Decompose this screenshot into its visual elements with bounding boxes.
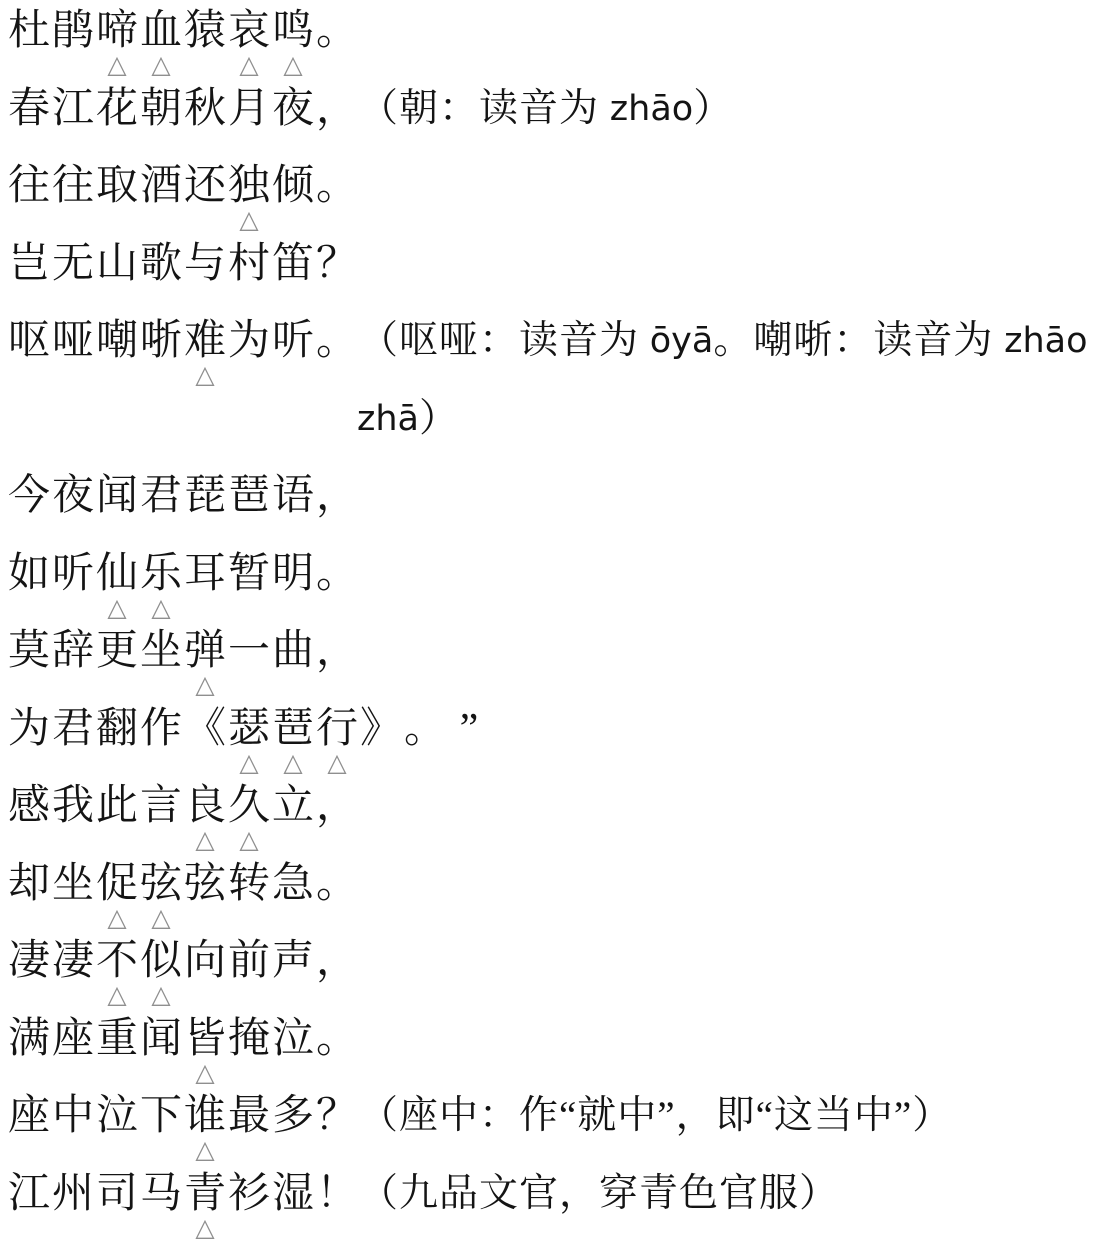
poem-char: 猿 bbox=[183, 8, 227, 58]
poem-char: 司 bbox=[95, 1171, 139, 1221]
poem-char: 瑟△ bbox=[227, 706, 271, 756]
poem-char: 江 bbox=[51, 86, 95, 136]
poem-char: 哳 bbox=[139, 318, 183, 368]
poem-char: 辞 bbox=[51, 628, 95, 678]
poem-char: 暂 bbox=[227, 551, 271, 601]
poem-char: 朝 bbox=[139, 86, 183, 136]
poem-char: 坐 bbox=[51, 861, 95, 911]
poem-char: 倾 bbox=[271, 163, 315, 213]
emphasis-triangle-mark: △ bbox=[183, 364, 227, 388]
poem-char: 皆△ bbox=[183, 1016, 227, 1066]
poem-char: 行△ bbox=[315, 706, 359, 756]
poem-char: 州 bbox=[51, 1171, 95, 1221]
emphasis-triangle-mark: △ bbox=[227, 54, 271, 78]
poem-line: 如听仙△乐△耳暂明。 bbox=[0, 543, 1104, 621]
emphasis-triangle-mark: △ bbox=[227, 752, 271, 776]
poem-char: 琵 bbox=[183, 473, 227, 523]
poem-char: 《 bbox=[183, 706, 227, 756]
poem-line: 感我此言良△久△立， bbox=[0, 775, 1104, 853]
poem-char: 。 bbox=[315, 318, 359, 368]
poem-char: 泣 bbox=[271, 1016, 315, 1066]
poem-char: 。 bbox=[315, 8, 359, 58]
poem-char: 君 bbox=[51, 706, 95, 756]
emphasis-triangle-mark: △ bbox=[95, 907, 139, 931]
poem-char: 难△ bbox=[183, 318, 227, 368]
poem-char: 莫 bbox=[7, 628, 51, 678]
poem-char: 酒 bbox=[139, 163, 183, 213]
poem-char: 弦 bbox=[183, 861, 227, 911]
poem-char: 弦△ bbox=[139, 861, 183, 911]
poem-char: 多 bbox=[271, 1093, 315, 1143]
poem-line: 为君翻作《瑟△琶△行△》。” bbox=[0, 698, 1104, 776]
poem-char: ， bbox=[315, 783, 359, 833]
poem-char: 掩 bbox=[227, 1016, 271, 1066]
poem-char: 嘲 bbox=[95, 318, 139, 368]
poem-char: 春 bbox=[7, 86, 51, 136]
poem-char: 君 bbox=[139, 473, 183, 523]
poem-char: 哑 bbox=[51, 318, 95, 368]
annotation-text: ） bbox=[693, 87, 733, 130]
poem-char: 转 bbox=[227, 861, 271, 911]
poem-char: 更 bbox=[95, 628, 139, 678]
poem-char: 听 bbox=[271, 318, 315, 368]
emphasis-triangle-mark: △ bbox=[95, 984, 139, 1008]
poem-char: 今 bbox=[7, 473, 51, 523]
poem-char: 感 bbox=[7, 783, 51, 833]
poem-char: 弹△ bbox=[183, 628, 227, 678]
poem-char: ， bbox=[315, 628, 359, 678]
poem-char: 鸣△ bbox=[271, 8, 315, 58]
poem-char: 往 bbox=[51, 163, 95, 213]
poem-char: 座 bbox=[7, 1093, 51, 1143]
poem-char: 取 bbox=[95, 163, 139, 213]
poem-char: 却 bbox=[7, 861, 51, 911]
poem-char: 月 bbox=[227, 86, 271, 136]
poem-char: 青△ bbox=[183, 1171, 227, 1221]
poem-char: 重 bbox=[95, 1016, 139, 1066]
poem-char: ？ bbox=[315, 241, 359, 291]
emphasis-triangle-mark: △ bbox=[139, 54, 183, 78]
poem-line: 春江花朝秋月夜，（朝：读音为 zhāo） bbox=[0, 78, 1104, 156]
annotation-pinyin-text: zhāo bbox=[610, 89, 693, 129]
emphasis-triangle-mark: △ bbox=[139, 907, 183, 931]
poem-char: 坐 bbox=[139, 628, 183, 678]
poem-char: 杜 bbox=[7, 8, 51, 58]
poem-char: 前 bbox=[227, 938, 271, 988]
poem-char: 声 bbox=[271, 938, 315, 988]
poem-char: 听 bbox=[51, 551, 95, 601]
poem-char: 耳 bbox=[183, 551, 227, 601]
poem-char: 啼△ bbox=[95, 8, 139, 58]
annotation-text: 。嘲哳：读音为 bbox=[713, 319, 1004, 362]
poem-char: 山 bbox=[95, 241, 139, 291]
poem-char: 如 bbox=[7, 551, 51, 601]
poem-char: ， bbox=[315, 86, 359, 136]
annotation-text: （座中：作“就中”，即“这当中”） bbox=[359, 1094, 952, 1137]
poem-char: 此 bbox=[95, 783, 139, 833]
poem-line: 满座重闻皆△掩泣。 bbox=[0, 1008, 1104, 1086]
poem-char: 翻 bbox=[95, 706, 139, 756]
poem-line: 却坐促△弦△弦转急。 bbox=[0, 853, 1104, 931]
poem-char: 。 bbox=[315, 861, 359, 911]
poem-char: ？ bbox=[315, 1093, 359, 1143]
poem-char: 良△ bbox=[183, 783, 227, 833]
poem-char: 座 bbox=[51, 1016, 95, 1066]
poem-line: 凄凄不△似△向前声， bbox=[0, 930, 1104, 1008]
poem-char: 不△ bbox=[95, 938, 139, 988]
poem-char: 无 bbox=[51, 241, 95, 291]
emphasis-triangle-mark: △ bbox=[183, 1139, 227, 1163]
poem-char: 花 bbox=[95, 86, 139, 136]
poem-char: 最 bbox=[227, 1093, 271, 1143]
poem-line: 今夜闻君琵琶语， bbox=[0, 465, 1104, 543]
emphasis-triangle-mark: △ bbox=[139, 597, 183, 621]
annotation-text: （朝：读音为 bbox=[359, 87, 610, 130]
emphasis-triangle-mark: △ bbox=[183, 829, 227, 853]
poem-char: 谁△ bbox=[183, 1093, 227, 1143]
emphasis-triangle-mark: △ bbox=[271, 752, 315, 776]
poem-char: 久△ bbox=[227, 783, 271, 833]
poem-char: 促△ bbox=[95, 861, 139, 911]
annotation-pinyin-text: zhāo bbox=[1004, 321, 1087, 361]
poem-char: 曲 bbox=[271, 628, 315, 678]
poem-char: ！ bbox=[315, 1171, 359, 1221]
poem-char: 歌 bbox=[139, 241, 183, 291]
poem-char: 急 bbox=[271, 861, 315, 911]
emphasis-triangle-mark: △ bbox=[183, 674, 227, 698]
poem-char: 言 bbox=[139, 783, 183, 833]
poem-char: 秋 bbox=[183, 86, 227, 136]
poem-char: 琶 bbox=[227, 473, 271, 523]
poem-char: 夜 bbox=[271, 86, 315, 136]
poem-char: 琶△ bbox=[271, 706, 315, 756]
poem-char: 我 bbox=[51, 783, 95, 833]
poem-char: ” bbox=[447, 706, 491, 756]
poem-char: 夜 bbox=[51, 473, 95, 523]
poem-char: 泣 bbox=[95, 1093, 139, 1143]
poem-char: 湿 bbox=[271, 1171, 315, 1221]
emphasis-triangle-mark: △ bbox=[95, 597, 139, 621]
poem-char: 血△ bbox=[139, 8, 183, 58]
poem-char: 闻 bbox=[139, 1016, 183, 1066]
poem-char: 独△ bbox=[227, 163, 271, 213]
emphasis-triangle-mark: △ bbox=[95, 54, 139, 78]
annotation-continuation-line: zhā） bbox=[0, 388, 1104, 466]
poem-char: 为 bbox=[227, 318, 271, 368]
poem-char: 。 bbox=[315, 551, 359, 601]
poem-line: 往往取酒还独△倾。 bbox=[0, 155, 1104, 233]
poem-char: 明 bbox=[271, 551, 315, 601]
poem-char: 还 bbox=[183, 163, 227, 213]
poem-line: 莫辞更坐弹△一曲， bbox=[0, 620, 1104, 698]
poem-char: 向 bbox=[183, 938, 227, 988]
poem-char: 语 bbox=[271, 473, 315, 523]
emphasis-triangle-mark: △ bbox=[227, 829, 271, 853]
poem-line: 杜鹃啼△血△猿哀△鸣△。 bbox=[0, 0, 1104, 78]
poem-char: 仙△ bbox=[95, 551, 139, 601]
poem-char: 似△ bbox=[139, 938, 183, 988]
annotation-text: （九品文官，穿青色官服） bbox=[359, 1172, 839, 1215]
poem-char: 呕 bbox=[7, 318, 51, 368]
poem-char: 江 bbox=[7, 1171, 51, 1221]
emphasis-triangle-mark: △ bbox=[183, 1217, 227, 1240]
poem-char: 鹃 bbox=[51, 8, 95, 58]
poem-line: 座中泣下谁△最多？（座中：作“就中”，即“这当中”） bbox=[0, 1085, 1104, 1163]
poem-char: 衫 bbox=[227, 1171, 271, 1221]
poem-char: 与 bbox=[183, 241, 227, 291]
annotation-text: ） bbox=[419, 397, 459, 440]
poem-char: ， bbox=[315, 938, 359, 988]
annotation-pinyin-text: ōyā bbox=[650, 321, 714, 361]
emphasis-triangle-mark: △ bbox=[271, 54, 315, 78]
poem-char: 笛 bbox=[271, 241, 315, 291]
poem-line: 岂无山歌与村笛？ bbox=[0, 233, 1104, 311]
poem-char: 为 bbox=[7, 706, 51, 756]
poem-char: 往 bbox=[7, 163, 51, 213]
poem-char: 马 bbox=[139, 1171, 183, 1221]
emphasis-triangle-mark: △ bbox=[315, 752, 359, 776]
poem-char: 作 bbox=[139, 706, 183, 756]
poem-char: ， bbox=[315, 473, 359, 523]
annotation-pinyin-text: zhā bbox=[357, 399, 419, 439]
poem-char: 》 bbox=[359, 706, 403, 756]
poem-char: 下 bbox=[139, 1093, 183, 1143]
poem-char: 一 bbox=[227, 628, 271, 678]
poem-char: 凄 bbox=[51, 938, 95, 988]
emphasis-triangle-mark: △ bbox=[183, 1062, 227, 1086]
annotation-text: （呕哑：读音为 bbox=[359, 319, 650, 362]
poem-line: 呕哑嘲哳难△为听。（呕哑：读音为 ōyā。嘲哳：读音为 zhāo bbox=[0, 310, 1104, 388]
poem-char: 。 bbox=[315, 163, 359, 213]
poem-char: 中 bbox=[51, 1093, 95, 1143]
emphasis-triangle-mark: △ bbox=[227, 209, 271, 233]
poem-char: 。 bbox=[315, 1016, 359, 1066]
poem-line: 江州司马青△衫湿！（九品文官，穿青色官服） bbox=[0, 1163, 1104, 1240]
poem-char: 村 bbox=[227, 241, 271, 291]
poem-char: 乐△ bbox=[139, 551, 183, 601]
emphasis-triangle-mark: △ bbox=[139, 984, 183, 1008]
poem-char: 。 bbox=[403, 706, 447, 756]
poem-page: 杜鹃啼△血△猿哀△鸣△。春江花朝秋月夜，（朝：读音为 zhāo）往往取酒还独△倾… bbox=[0, 0, 1104, 1240]
poem-char: 满 bbox=[7, 1016, 51, 1066]
poem-char: 哀△ bbox=[227, 8, 271, 58]
poem-char: 凄 bbox=[7, 938, 51, 988]
poem-char: 立 bbox=[271, 783, 315, 833]
poem-char: 岂 bbox=[7, 241, 51, 291]
poem-char: 闻 bbox=[95, 473, 139, 523]
